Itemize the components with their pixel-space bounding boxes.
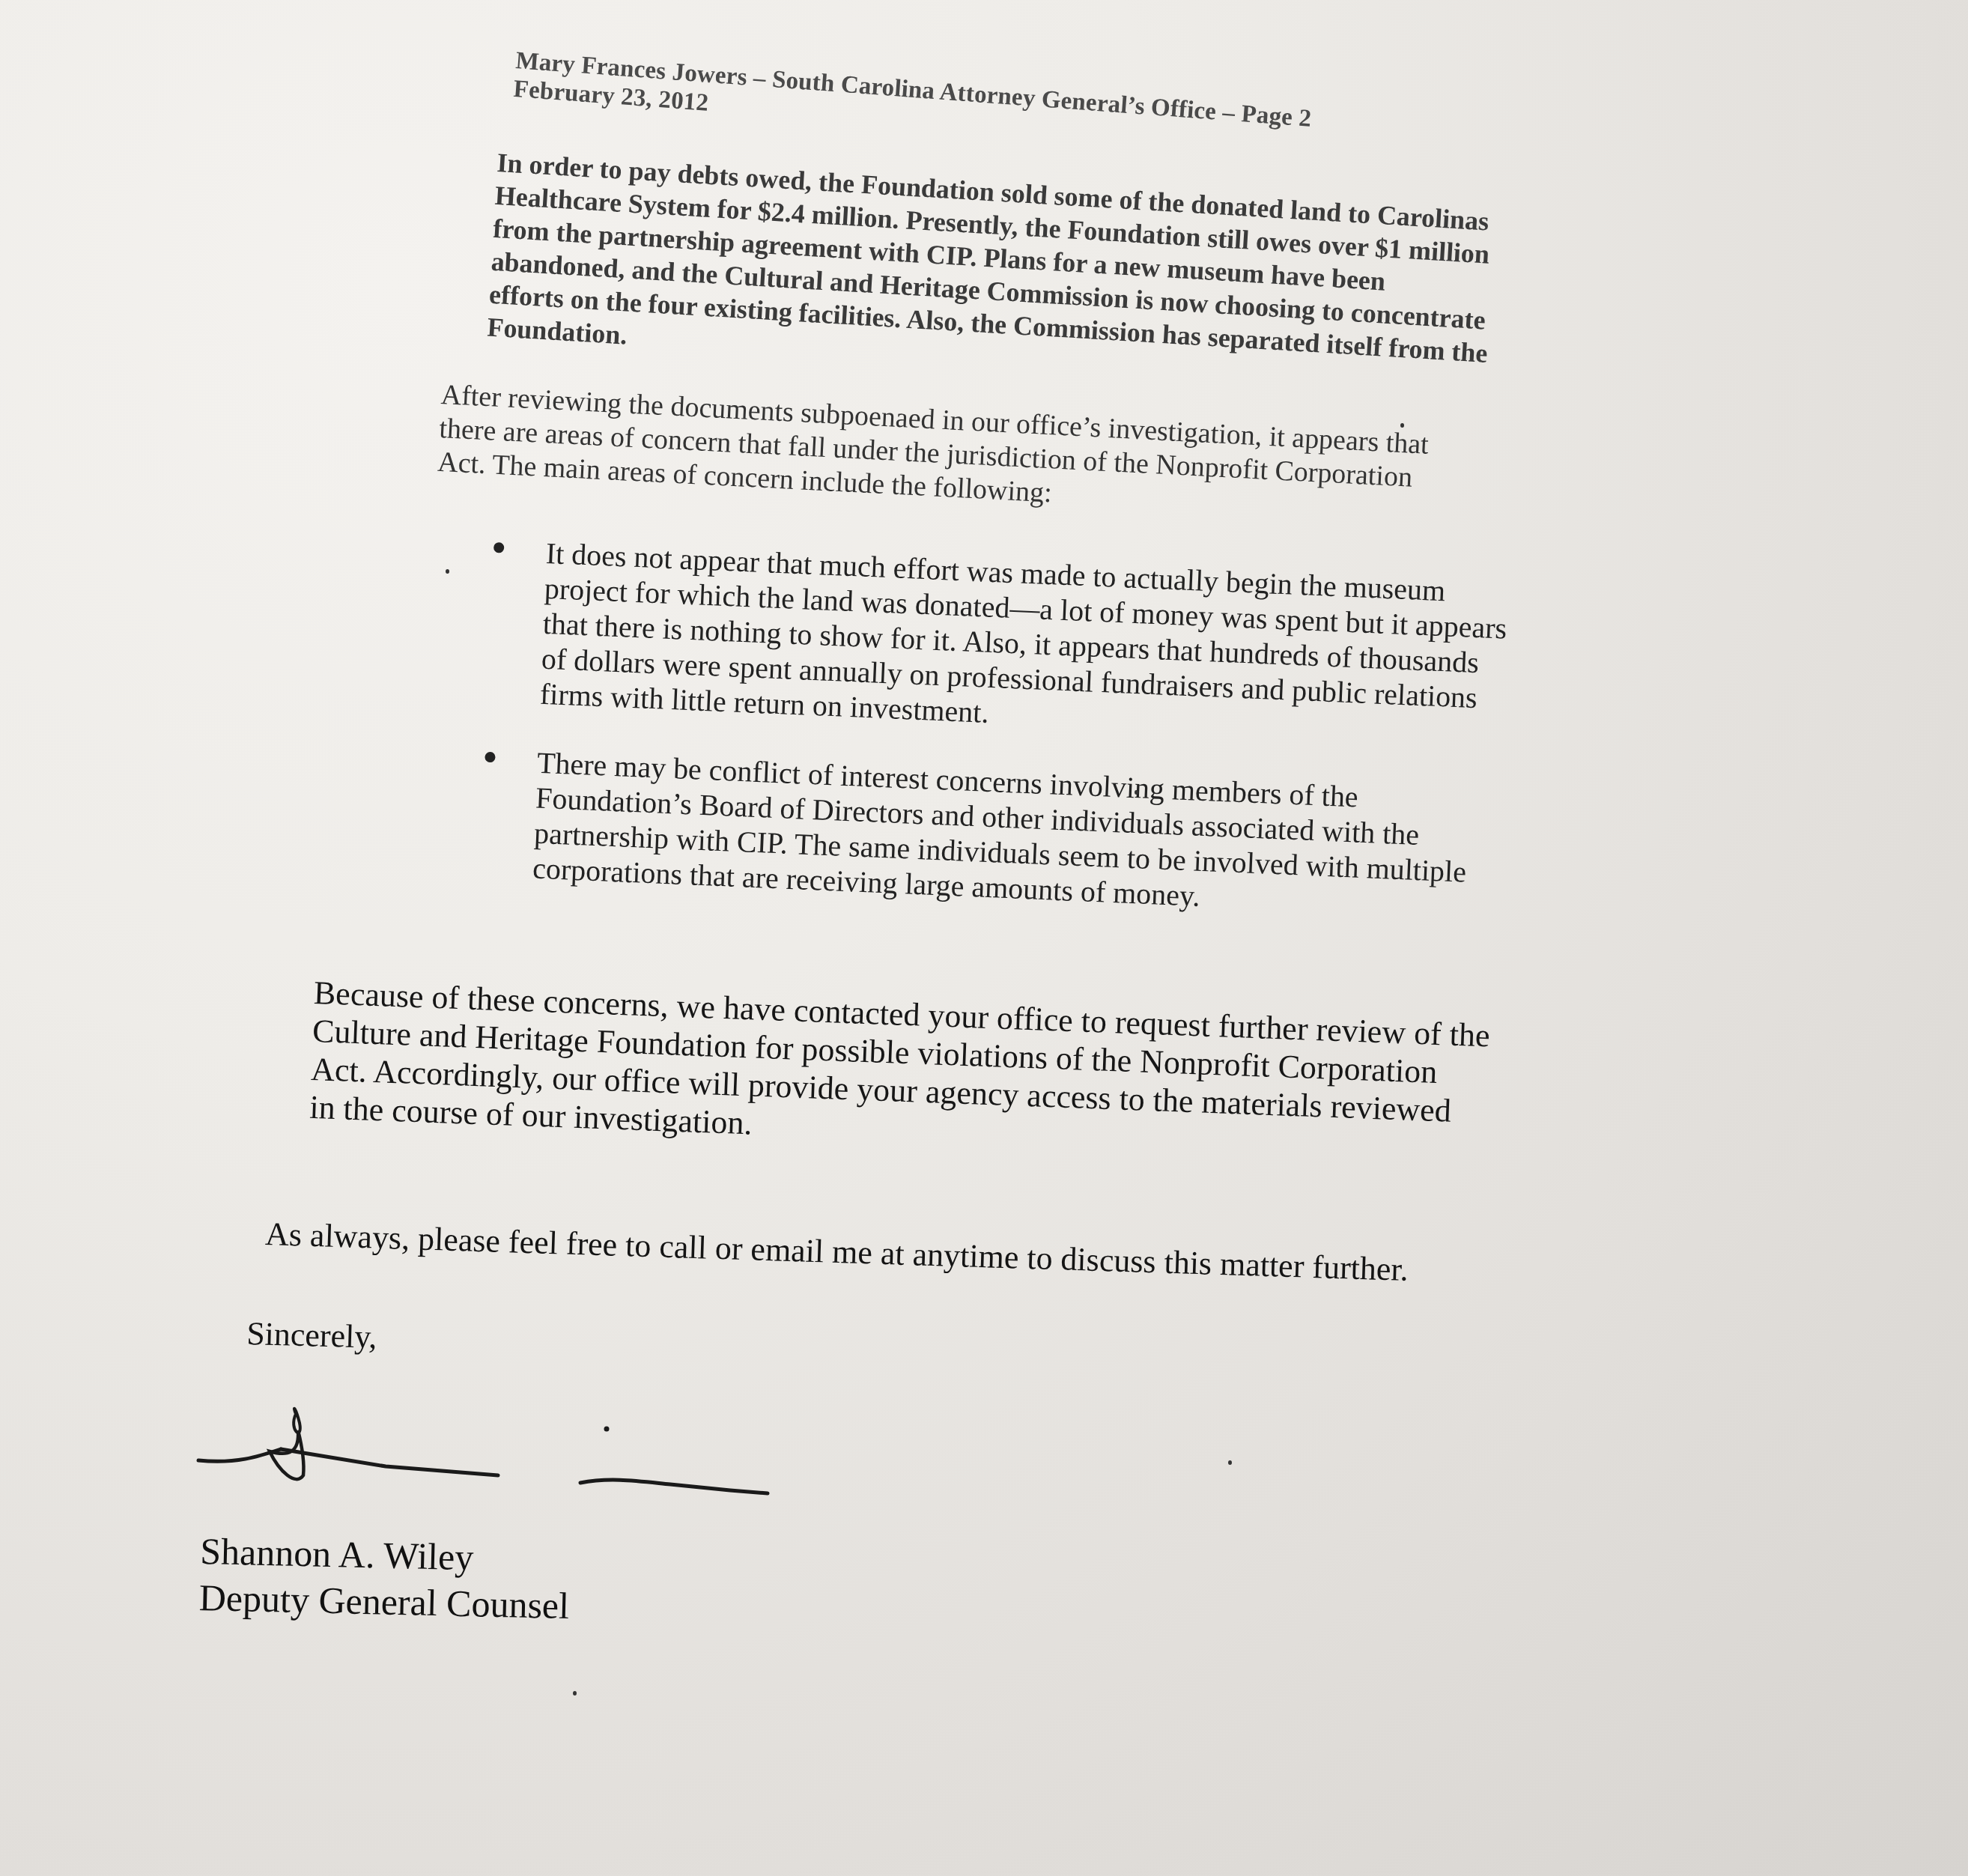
paper-speck — [573, 1691, 577, 1696]
text-line: As always, please feel free to call or e… — [264, 1215, 1409, 1290]
paper-speck — [1135, 790, 1138, 795]
paper-speck — [1400, 423, 1404, 428]
closing-salutation: Sincerely, — [246, 1314, 378, 1356]
signer-title: Deputy General Counsel — [198, 1574, 570, 1629]
letter-header: Mary Frances Jowers – South Carolina Att… — [512, 46, 1312, 162]
paragraph-debts: In order to pay debts owed, the Foundati… — [486, 146, 1496, 403]
concern-item-museum: It does not appear that much effort was … — [487, 533, 1509, 752]
letter-page: Mary Frances Jowers – South Carolina Att… — [0, 0, 1968, 1876]
paper-speck — [446, 569, 449, 574]
paragraph-request: Because of these concerns, we have conta… — [309, 974, 1491, 1169]
paper-speck — [1228, 1460, 1232, 1465]
paragraph-contact: As always, please feel free to call or e… — [264, 1215, 1409, 1290]
signer-block: Shannon A. Wiley Deputy General Counsel — [198, 1528, 571, 1629]
concerns-list: It does not appear that much effort was … — [479, 533, 1510, 959]
signer-name: Shannon A. Wiley — [200, 1528, 571, 1582]
handwritten-signature — [191, 1400, 820, 1520]
concern-item-conflict: There may be conflict of interest concer… — [479, 743, 1500, 926]
paragraph-review: After reviewing the documents subpoenaed… — [437, 378, 1430, 529]
bullet-dot-icon — [485, 752, 496, 763]
bullet-dot-icon — [493, 542, 505, 553]
